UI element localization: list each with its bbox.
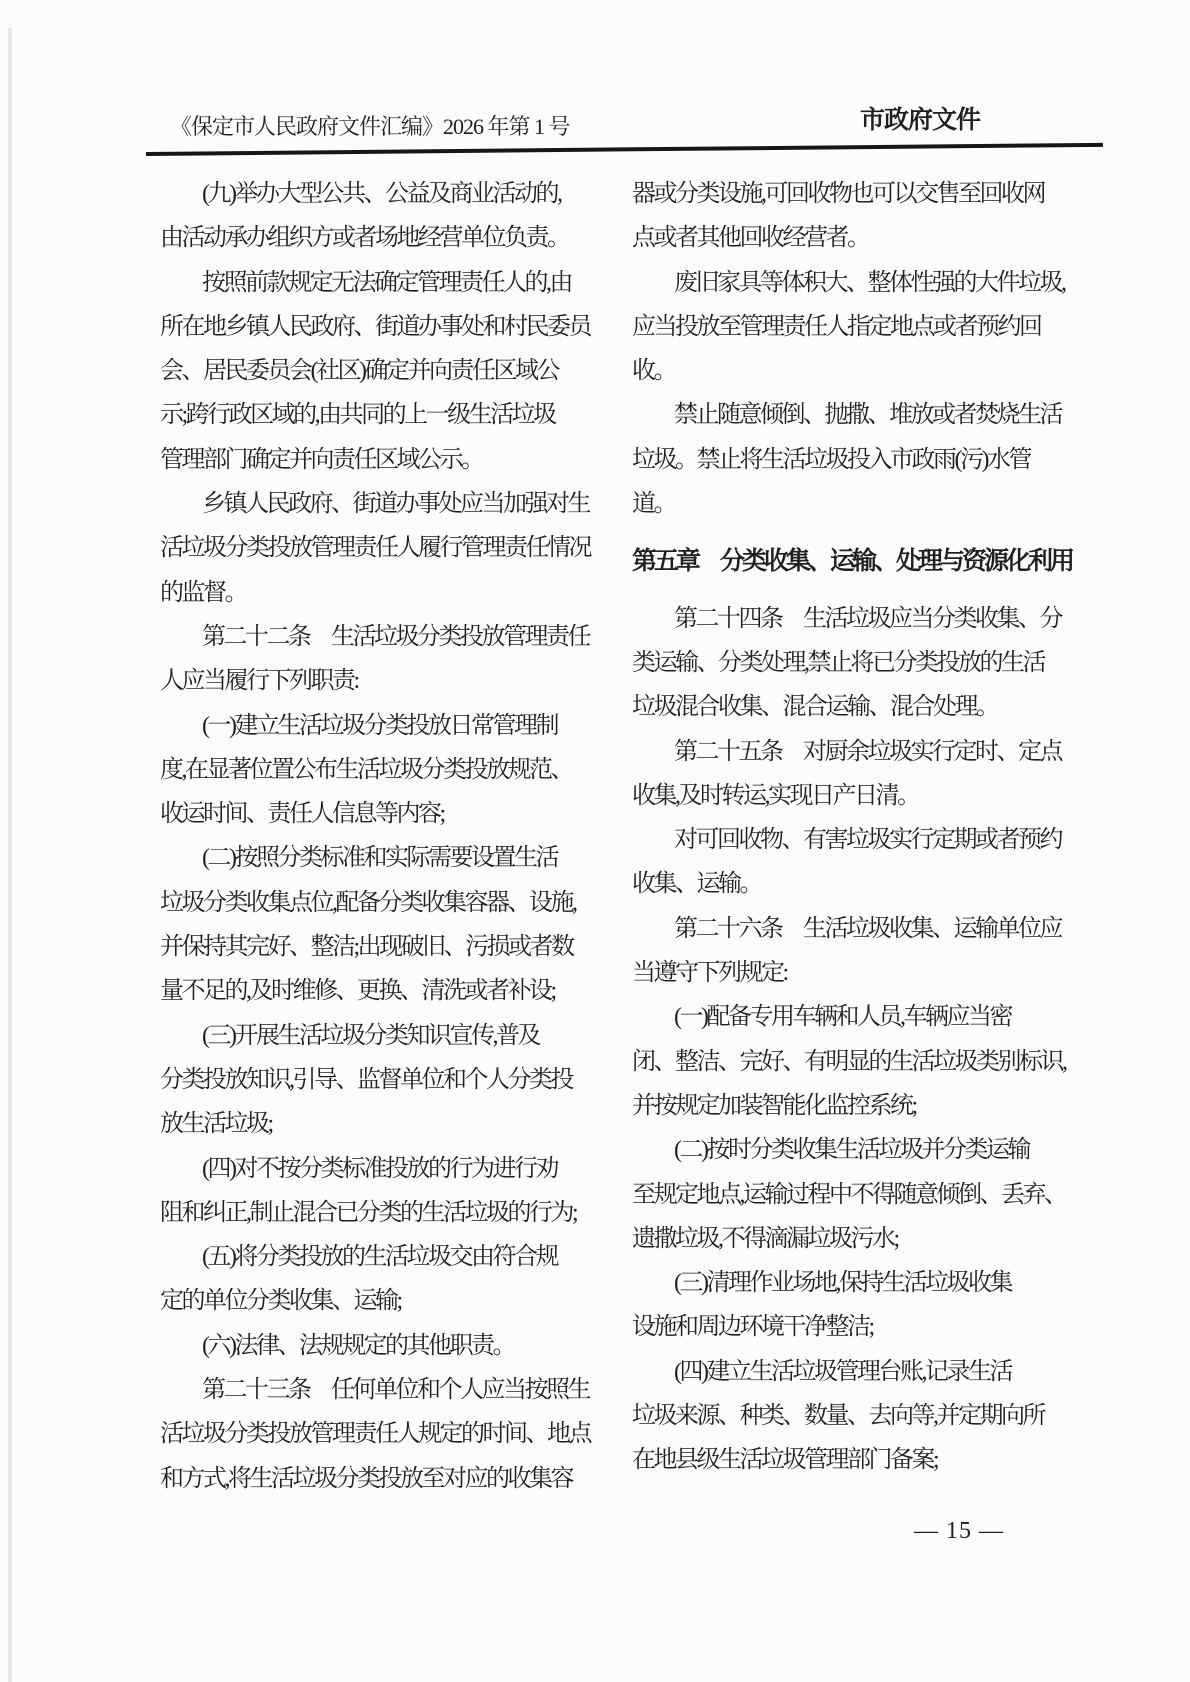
- header-compilation-title: 《保定市人民政府文件汇编》2026 年第 1 号: [170, 112, 570, 142]
- text-line: (四)建立生活垃圾管理台账,记录生活: [632, 1350, 1062, 1394]
- right-text-column: 器或分类设施,可回收物也可以交售至回收网点或者其他回收经营者。废旧家具等体积大、…: [632, 172, 1062, 1483]
- text-line: 并按规定加装智能化监控系统;: [632, 1084, 1062, 1128]
- text-line: 至规定地点,运输过程中不得随意倾倒、丢弃、: [632, 1173, 1062, 1217]
- text-line: 按照前款规定无法确定管理责任人的,由: [160, 261, 590, 305]
- text-line: 乡镇人民政府、街道办事处应当加强对生: [160, 482, 590, 526]
- text-line: (一)建立生活垃圾分类投放日常管理制: [160, 704, 590, 748]
- text-line: 道。: [632, 482, 1062, 526]
- text-line: 第二十二条 生活垃圾分类投放管理责任: [160, 615, 590, 659]
- text-line: 放生活垃圾;: [160, 1102, 590, 1146]
- text-line: 类运输、分类处理,禁止将已分类投放的生活: [632, 641, 1062, 685]
- text-line: (六)法律、法规规定的其他职责。: [160, 1324, 590, 1368]
- text-line: 所在地乡镇人民政府、街道办事处和村民委员: [160, 305, 590, 349]
- text-line: 遗撒垃圾,不得滴漏垃圾污水;: [632, 1217, 1062, 1261]
- text-line: 在地县级生活垃圾管理部门备案;: [632, 1438, 1062, 1482]
- text-line: (二)按照分类标准和实际需要设置生活: [160, 836, 590, 880]
- text-line: 示;跨行政区域的,由共同的上一级生活垃圾: [160, 393, 590, 437]
- text-line: 垃圾分类收集点位,配备分类收集容器、设施,: [160, 881, 590, 925]
- text-line: (九)举办大型公共、公益及商业活动的,: [160, 172, 590, 216]
- page-number: — 15 —: [632, 1518, 1062, 1545]
- text-line: 垃圾来源、种类、数量、去向等,并定期向所: [632, 1394, 1062, 1438]
- text-line: 垃圾。禁止将生活垃圾投入市政雨(污)水管: [632, 438, 1062, 482]
- text-line: 活垃圾分类投放管理责任人履行管理责任情况: [160, 526, 590, 570]
- header-document-category: 市政府文件: [860, 106, 1100, 136]
- text-line: 活垃圾分类投放管理责任人规定的时间、地点: [160, 1412, 590, 1456]
- text-line: 当遵守下列规定:: [632, 951, 1062, 995]
- text-line: 点或者其他回收经营者。: [632, 216, 1062, 260]
- header-rule-line: [146, 143, 1103, 156]
- text-line: 垃圾混合收集、混合运输、混合处理。: [632, 685, 1062, 729]
- text-line: 定的单位分类收集、运输;: [160, 1279, 590, 1323]
- text-line: 阻和纠正,制止混合已分类的生活垃圾的行为;: [160, 1191, 590, 1235]
- text-line: 第二十六条 生活垃圾收集、运输单位应: [632, 907, 1062, 951]
- text-line: 度,在显著位置公布生活垃圾分类投放规范、: [160, 748, 590, 792]
- text-line: 第二十三条 任何单位和个人应当按照生: [160, 1368, 590, 1412]
- text-line: 和方式,将生活垃圾分类投放至对应的收集容: [160, 1457, 590, 1501]
- text-line: 收集,及时转运,实现日产日清。: [632, 774, 1062, 818]
- chapter-heading: 第五章 分类收集、运输、处理与资源化利用: [632, 539, 1062, 583]
- text-line: 并保持其完好、整洁;出现破旧、污损或者数: [160, 925, 590, 969]
- text-line: 废旧家具等体积大、整体性强的大件垃圾,: [632, 261, 1062, 305]
- text-line: 人应当履行下列职责:: [160, 659, 590, 703]
- text-line: 第二十四条 生活垃圾应当分类收集、分: [632, 597, 1062, 641]
- text-line: 设施和周边环境干净整洁;: [632, 1305, 1062, 1349]
- text-line: 会、居民委员会(社区)确定并向责任区域公: [160, 349, 590, 393]
- text-line: (四)对不按分类标准投放的行为进行劝: [160, 1147, 590, 1191]
- text-line: (二)按时分类收集生活垃圾并分类运输: [632, 1128, 1062, 1172]
- text-line: 禁止随意倾倒、抛撒、堆放或者焚烧生活: [632, 393, 1062, 437]
- text-line: 第二十五条 对厨余垃圾实行定时、定点: [632, 730, 1062, 774]
- scanned-document-page: 《保定市人民政府文件汇编》2026 年第 1 号 市政府文件 (九)举办大型公共…: [0, 0, 1190, 1682]
- text-line: 由活动承办组织方或者场地经营单位负责。: [160, 216, 590, 260]
- text-line: 管理部门确定并向责任区域公示。: [160, 438, 590, 482]
- text-line: 收。: [632, 349, 1062, 393]
- text-line: (三)清理作业场地,保持生活垃圾收集: [632, 1261, 1062, 1305]
- text-line: 分类投放知识,引导、监督单位和个人分类投: [160, 1058, 590, 1102]
- text-line: 对可回收物、有害垃圾实行定期或者预约: [632, 818, 1062, 862]
- text-line: (三)开展生活垃圾分类知识宣传,普及: [160, 1014, 590, 1058]
- text-line: 闭、整洁、完好、有明显的生活垃圾类别标识,: [632, 1040, 1062, 1084]
- text-line: 的监督。: [160, 571, 590, 615]
- text-line: 收运时间、责任人信息等内容;: [160, 792, 590, 836]
- text-line: 应当投放至管理责任人指定地点或者预约回: [632, 305, 1062, 349]
- text-line: (一)配备专用车辆和人员,车辆应当密: [632, 995, 1062, 1039]
- text-line: 量不足的,及时维修、更换、清洗或者补设;: [160, 969, 590, 1013]
- text-line: 收集、运输。: [632, 862, 1062, 906]
- text-line: (五)将分类投放的生活垃圾交由符合规: [160, 1235, 590, 1279]
- text-line: 器或分类设施,可回收物也可以交售至回收网: [632, 172, 1062, 216]
- left-text-column: (九)举办大型公共、公益及商业活动的,由活动承办组织方或者场地经营单位负责。按照…: [160, 172, 590, 1501]
- scan-edge-artifact: [8, 28, 12, 1682]
